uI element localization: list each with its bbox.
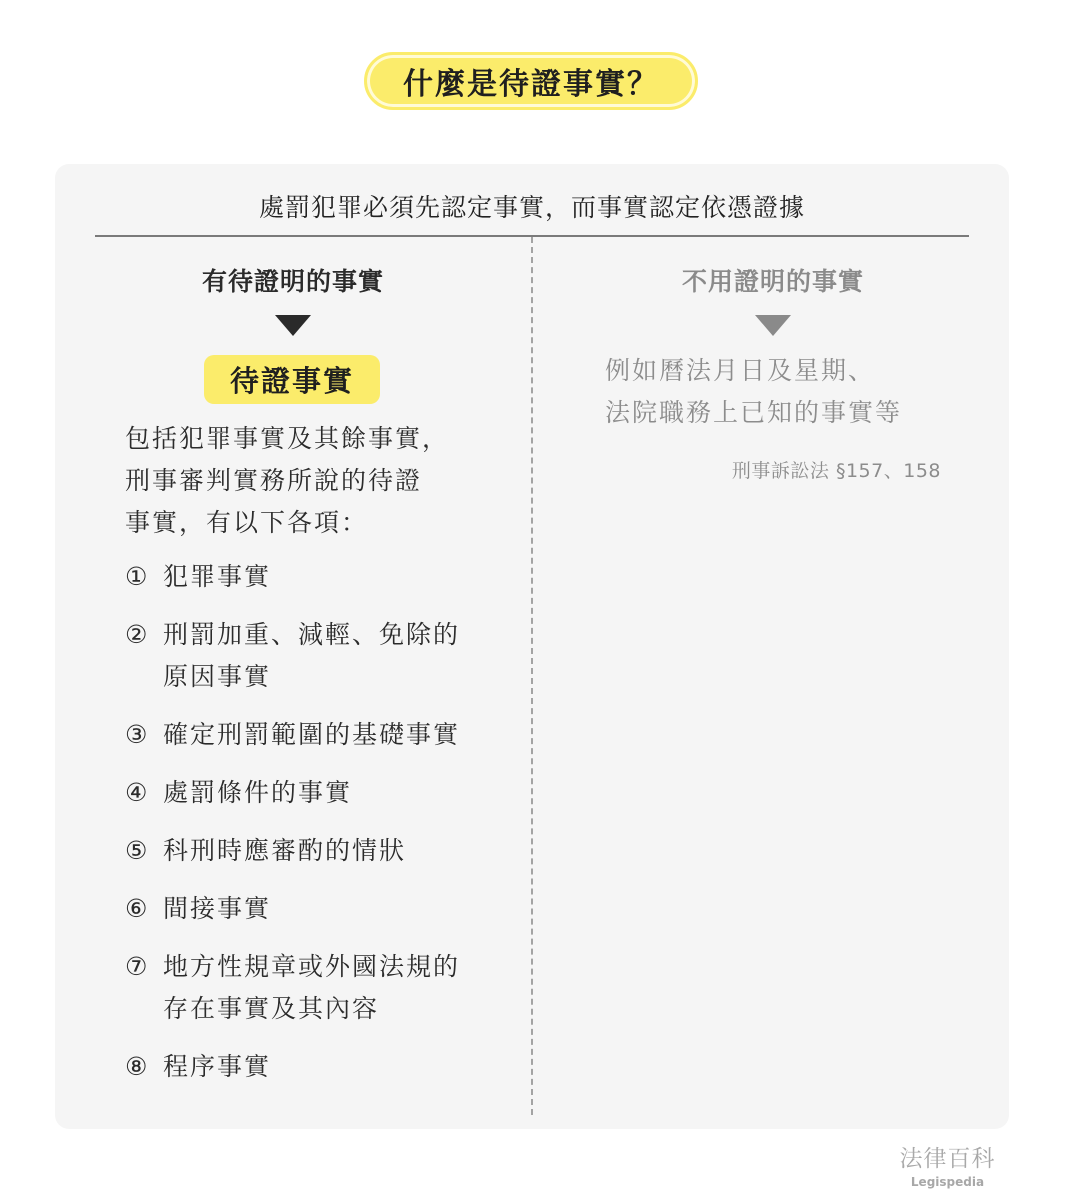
brand-name: 法律百科 xyxy=(880,1140,1015,1173)
list-item: ② 刑罰加重、減輕、免除的 原因事實 xyxy=(125,614,525,698)
item-text: 確定刑罰範圍的基礎事實 xyxy=(163,714,460,756)
item-number: ③ xyxy=(125,714,163,756)
vertical-dashed-divider xyxy=(531,237,533,1115)
item-text: 程序事實 xyxy=(163,1046,271,1088)
brand-logo: 法律百科 Legispedia xyxy=(880,1140,1015,1189)
right-line: 例如曆法月日及星期、 xyxy=(605,350,985,392)
right-column-title: 不用證明的事實 xyxy=(625,262,921,298)
law-citation: 刑事訴訟法 §157、158 xyxy=(615,456,941,483)
item-text: 原因事實 xyxy=(163,656,460,698)
list-item: ⑦ 地方性規章或外國法規的 存在事實及其內容 xyxy=(125,946,525,1030)
list-item: ③ 確定刑罰範圍的基礎事實 xyxy=(125,714,525,756)
item-text: 間接事實 xyxy=(163,888,271,930)
item-number: ② xyxy=(125,614,163,698)
intro-line: 事實，有以下各項： xyxy=(125,502,515,544)
item-number: ⑥ xyxy=(125,888,163,930)
page-title: 什麼是待證事實？ xyxy=(403,59,659,103)
list-item: ⑧ 程序事實 xyxy=(125,1046,525,1088)
list-item: ⑤ 科刑時應審酌的情狀 xyxy=(125,830,525,872)
list-item: ① 犯罪事實 xyxy=(125,556,525,598)
list-item: ④ 處罰條件的事實 xyxy=(125,772,525,814)
item-number: ⑦ xyxy=(125,946,163,1030)
item-number: ⑧ xyxy=(125,1046,163,1088)
item-text: 刑罰加重、減輕、免除的 xyxy=(163,614,460,656)
item-text: 科刑時應審酌的情狀 xyxy=(163,830,406,872)
item-text: 地方性規章或外國法規的 xyxy=(163,946,460,988)
item-number: ⑤ xyxy=(125,830,163,872)
right-line: 法院職務上已知的事實等 xyxy=(605,392,985,434)
down-arrow-icon xyxy=(275,315,311,336)
item-text: 存在事實及其內容 xyxy=(163,988,460,1030)
left-intro-text: 包括犯罪事實及其餘事實， 刑事審判實務所說的待證 事實，有以下各項： xyxy=(125,418,515,544)
item-text: 處罰條件的事實 xyxy=(163,772,352,814)
intro-line: 刑事審判實務所說的待證 xyxy=(125,460,515,502)
left-column-title: 有待證明的事實 xyxy=(145,262,441,298)
item-text: 犯罪事實 xyxy=(163,556,271,598)
badge-label: 待證事實 xyxy=(230,359,354,400)
item-number: ④ xyxy=(125,772,163,814)
highlight-badge: 待證事實 xyxy=(204,355,380,404)
fact-list: ① 犯罪事實 ② 刑罰加重、減輕、免除的 原因事實 ③ 確定刑罰範圍的基礎事實 … xyxy=(125,556,525,1104)
down-arrow-icon xyxy=(755,315,791,336)
content-card: 處罰犯罪必須先認定事實，而事實認定依憑證據 有待證明的事實 待證事實 包括犯罪事… xyxy=(55,164,1009,1129)
brand-subtitle: Legispedia xyxy=(880,1175,1015,1189)
item-number: ① xyxy=(125,556,163,598)
card-heading: 處罰犯罪必須先認定事實，而事實認定依憑證據 xyxy=(55,188,1009,224)
list-item: ⑥ 間接事實 xyxy=(125,888,525,930)
intro-line: 包括犯罪事實及其餘事實， xyxy=(125,418,515,460)
title-pill: 什麼是待證事實？ xyxy=(364,52,698,110)
right-description: 例如曆法月日及星期、 法院職務上已知的事實等 xyxy=(605,350,985,434)
